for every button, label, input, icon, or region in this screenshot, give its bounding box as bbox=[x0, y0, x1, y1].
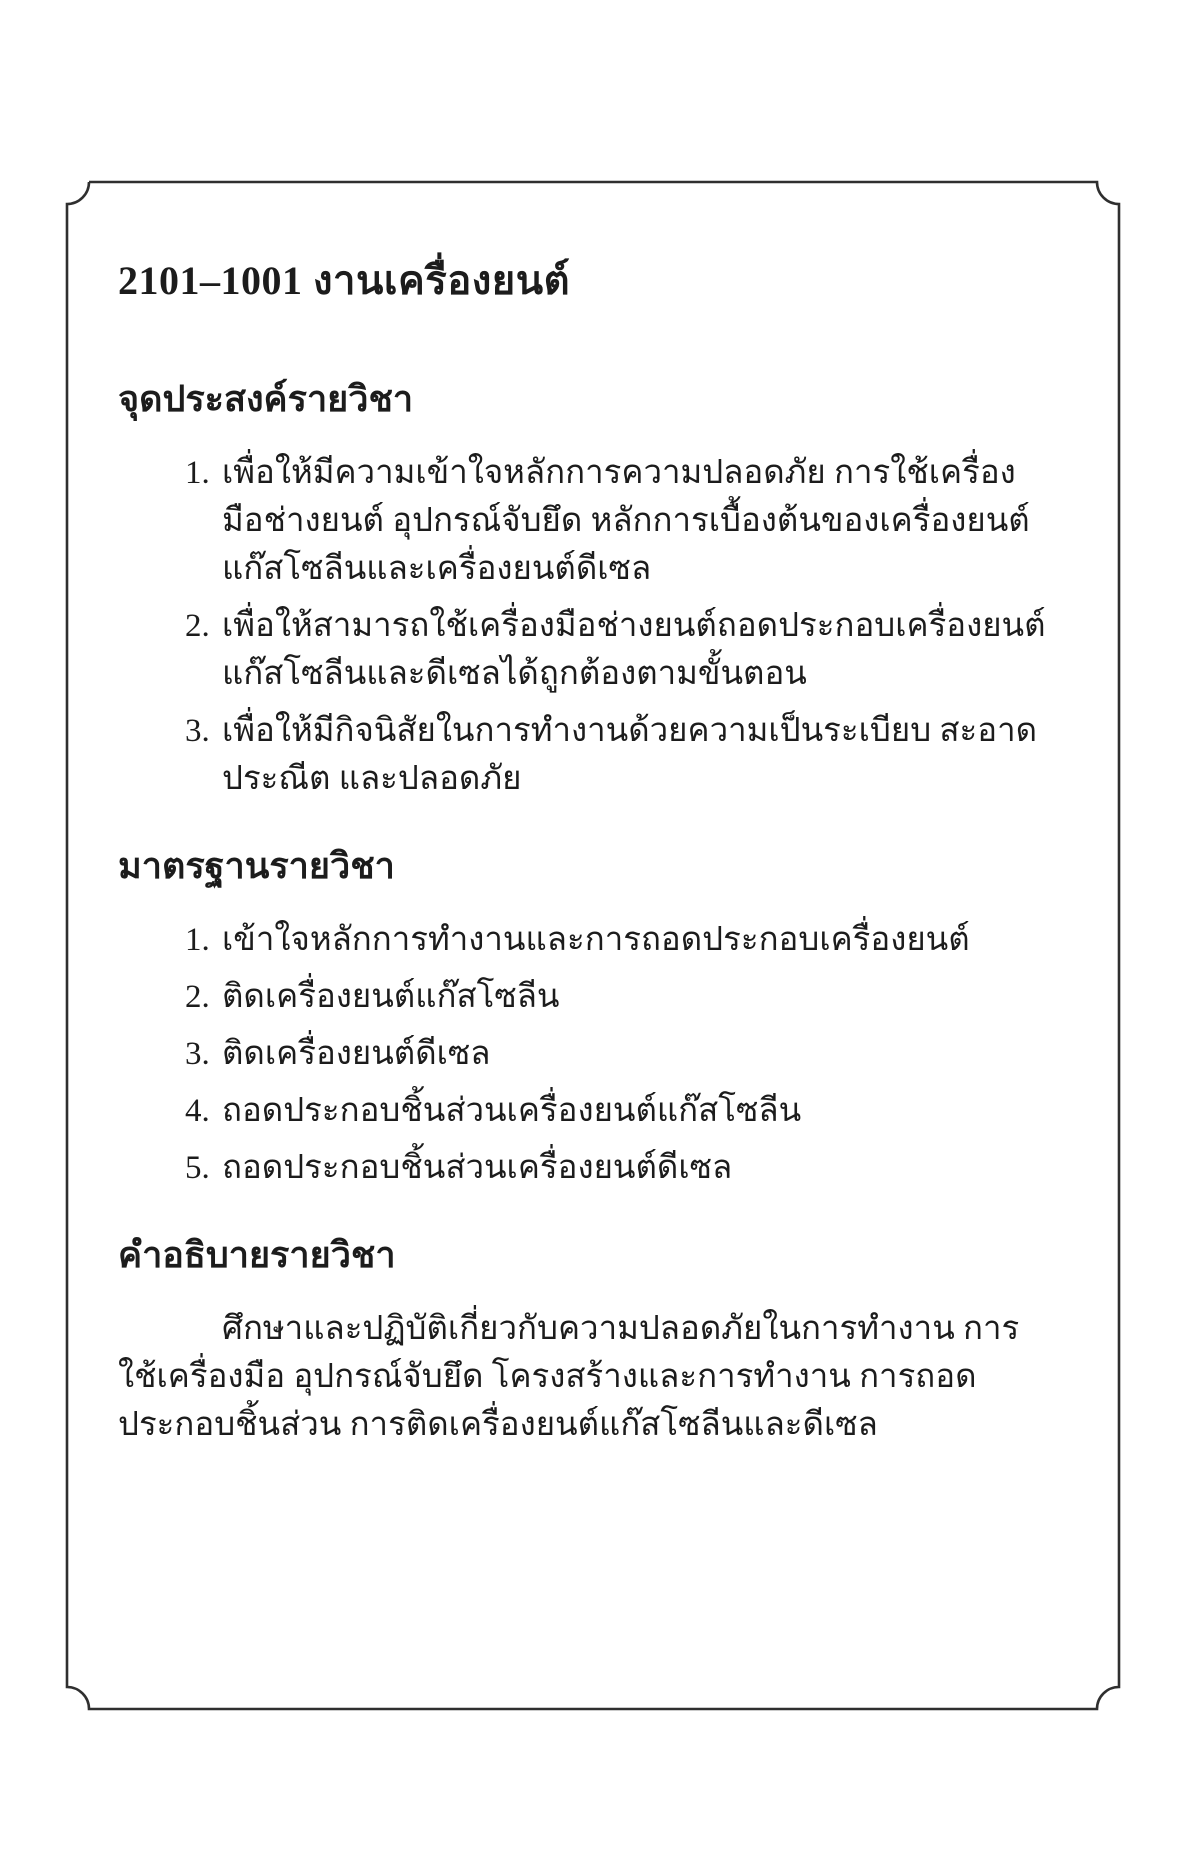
item-number: 2. bbox=[185, 602, 222, 698]
item-text: ติดเครื่องยนต์แก๊สโซลีน bbox=[222, 973, 1050, 1021]
item-text: ติดเครื่องยนต์ดีเซล bbox=[222, 1030, 1050, 1078]
list-item: 3. เพื่อให้มีกิจนิสัยในการทำงานด้วยความเ… bbox=[185, 707, 1050, 803]
document-content: 2101–1001 งานเครื่องยนต์ จุดประสงค์รายวิ… bbox=[118, 248, 1050, 1483]
description-paragraph: ศึกษาและปฏิบัติเกี่ยวกับความปลอดภัยในการ… bbox=[118, 1305, 1050, 1449]
objectives-list: 1. เพื่อให้มีความเข้าใจหลักการความปลอดภั… bbox=[185, 449, 1050, 803]
item-number: 2. bbox=[185, 973, 222, 1021]
list-item: 1. เพื่อให้มีความเข้าใจหลักการความปลอดภั… bbox=[185, 449, 1050, 593]
objectives-heading: จุดประสงค์รายวิชา bbox=[118, 370, 1050, 427]
section-description: คำอธิบายรายวิชา ศึกษาและปฏิบัติเกี่ยวกับ… bbox=[118, 1226, 1050, 1449]
section-objectives: จุดประสงค์รายวิชา 1. เพื่อให้มีความเข้าใ… bbox=[118, 370, 1050, 803]
item-text: เข้าใจหลักการทำงานและการถอดประกอบเครื่อง… bbox=[222, 916, 1050, 964]
list-item: 4. ถอดประกอบชิ้นส่วนเครื่องยนต์แก๊สโซลีน bbox=[185, 1087, 1050, 1135]
item-text: เพื่อให้มีความเข้าใจหลักการความปลอดภัย ก… bbox=[222, 449, 1050, 593]
list-item: 3. ติดเครื่องยนต์ดีเซล bbox=[185, 1030, 1050, 1078]
course-title: 2101–1001 งานเครื่องยนต์ bbox=[118, 248, 1050, 312]
item-number: 4. bbox=[185, 1087, 222, 1135]
item-number: 1. bbox=[185, 449, 222, 593]
item-number: 1. bbox=[185, 916, 222, 964]
description-heading: คำอธิบายรายวิชา bbox=[118, 1226, 1050, 1283]
section-standards: มาตรฐานรายวิชา 1. เข้าใจหลักการทำงานและก… bbox=[118, 837, 1050, 1192]
item-number: 5. bbox=[185, 1144, 222, 1192]
standards-heading: มาตรฐานรายวิชา bbox=[118, 837, 1050, 894]
item-text: ถอดประกอบชิ้นส่วนเครื่องยนต์แก๊สโซลีน bbox=[222, 1087, 1050, 1135]
item-text: เพื่อให้มีกิจนิสัยในการทำงานด้วยความเป็น… bbox=[222, 707, 1050, 803]
item-number: 3. bbox=[185, 1030, 222, 1078]
list-item: 2. เพื่อให้สามารถใช้เครื่องมือช่างยนต์ถอ… bbox=[185, 602, 1050, 698]
list-item: 2. ติดเครื่องยนต์แก๊สโซลีน bbox=[185, 973, 1050, 1021]
list-item: 1. เข้าใจหลักการทำงานและการถอดประกอบเครื… bbox=[185, 916, 1050, 964]
document-page: 2101–1001 งานเครื่องยนต์ จุดประสงค์รายวิ… bbox=[0, 0, 1186, 1867]
item-number: 3. bbox=[185, 707, 222, 803]
item-text: เพื่อให้สามารถใช้เครื่องมือช่างยนต์ถอดปร… bbox=[222, 602, 1050, 698]
standards-list: 1. เข้าใจหลักการทำงานและการถอดประกอบเครื… bbox=[185, 916, 1050, 1192]
list-item: 5. ถอดประกอบชิ้นส่วนเครื่องยนต์ดีเซล bbox=[185, 1144, 1050, 1192]
item-text: ถอดประกอบชิ้นส่วนเครื่องยนต์ดีเซล bbox=[222, 1144, 1050, 1192]
